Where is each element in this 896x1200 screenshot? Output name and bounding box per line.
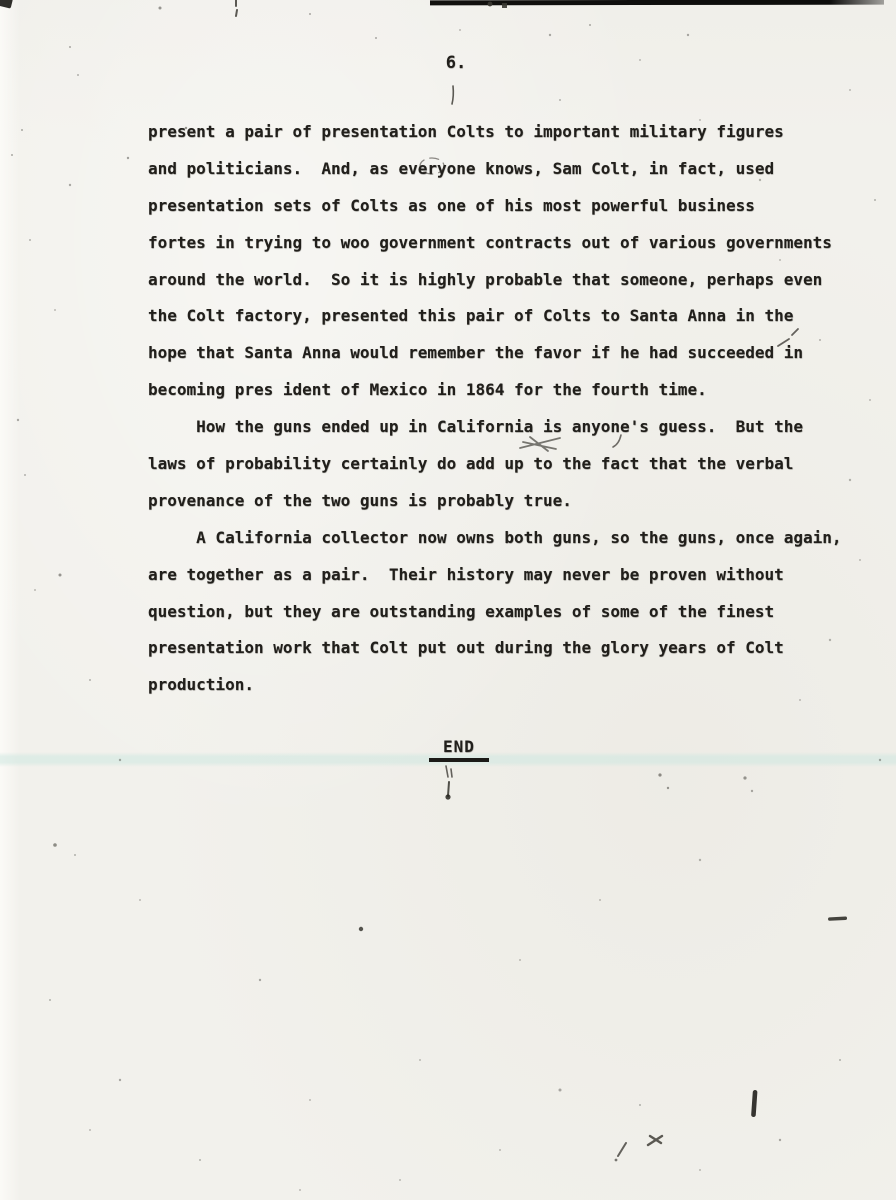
text-line: laws of probability certainly do add up … <box>148 446 872 483</box>
text-line: fortes in trying to woo government contr… <box>148 225 872 262</box>
scan-artifact-corner-blot <box>0 0 13 9</box>
text-line: How the guns ended up in California is a… <box>148 409 872 446</box>
text-line: becoming pres ident of Mexico in 1864 fo… <box>148 372 872 409</box>
text-line: provenance of the two guns is probably t… <box>148 483 872 520</box>
ink-mark <box>446 766 452 777</box>
text-line: hope that Santa Anna would remember the … <box>148 335 872 372</box>
text-line: presentation sets of Colts as one of his… <box>148 188 872 225</box>
text-line: the Colt factory, presented this pair of… <box>148 298 872 335</box>
text-line: present a pair of presentation Colts to … <box>148 114 872 151</box>
body-text: present a pair of presentation Colts to … <box>148 114 872 704</box>
ink-mark <box>648 1136 662 1145</box>
text-line: A California collector now owns both gun… <box>148 520 872 557</box>
ink-mark <box>452 86 453 104</box>
end-marker: END <box>429 736 489 762</box>
ink-mark <box>828 916 847 920</box>
ink-mark <box>236 0 237 16</box>
text-line: and politicians. And, as everyone knows,… <box>148 151 872 188</box>
text-line: presentation work that Colt put out duri… <box>148 630 872 667</box>
text-line: around the world. So it is highly probab… <box>148 262 872 299</box>
ink-mark <box>618 1143 626 1156</box>
scanned-document-page: 6. present a pair of presentation Colts … <box>0 0 896 1200</box>
scan-artifact-top-edge <box>430 0 884 5</box>
page-number: 6. <box>436 53 476 73</box>
text-line: question, but they are outstanding examp… <box>148 594 872 631</box>
ink-mark <box>751 1090 757 1117</box>
text-line: are together as a pair. Their history ma… <box>148 557 872 594</box>
text-line: production. <box>148 667 872 704</box>
ink-mark <box>448 782 449 796</box>
